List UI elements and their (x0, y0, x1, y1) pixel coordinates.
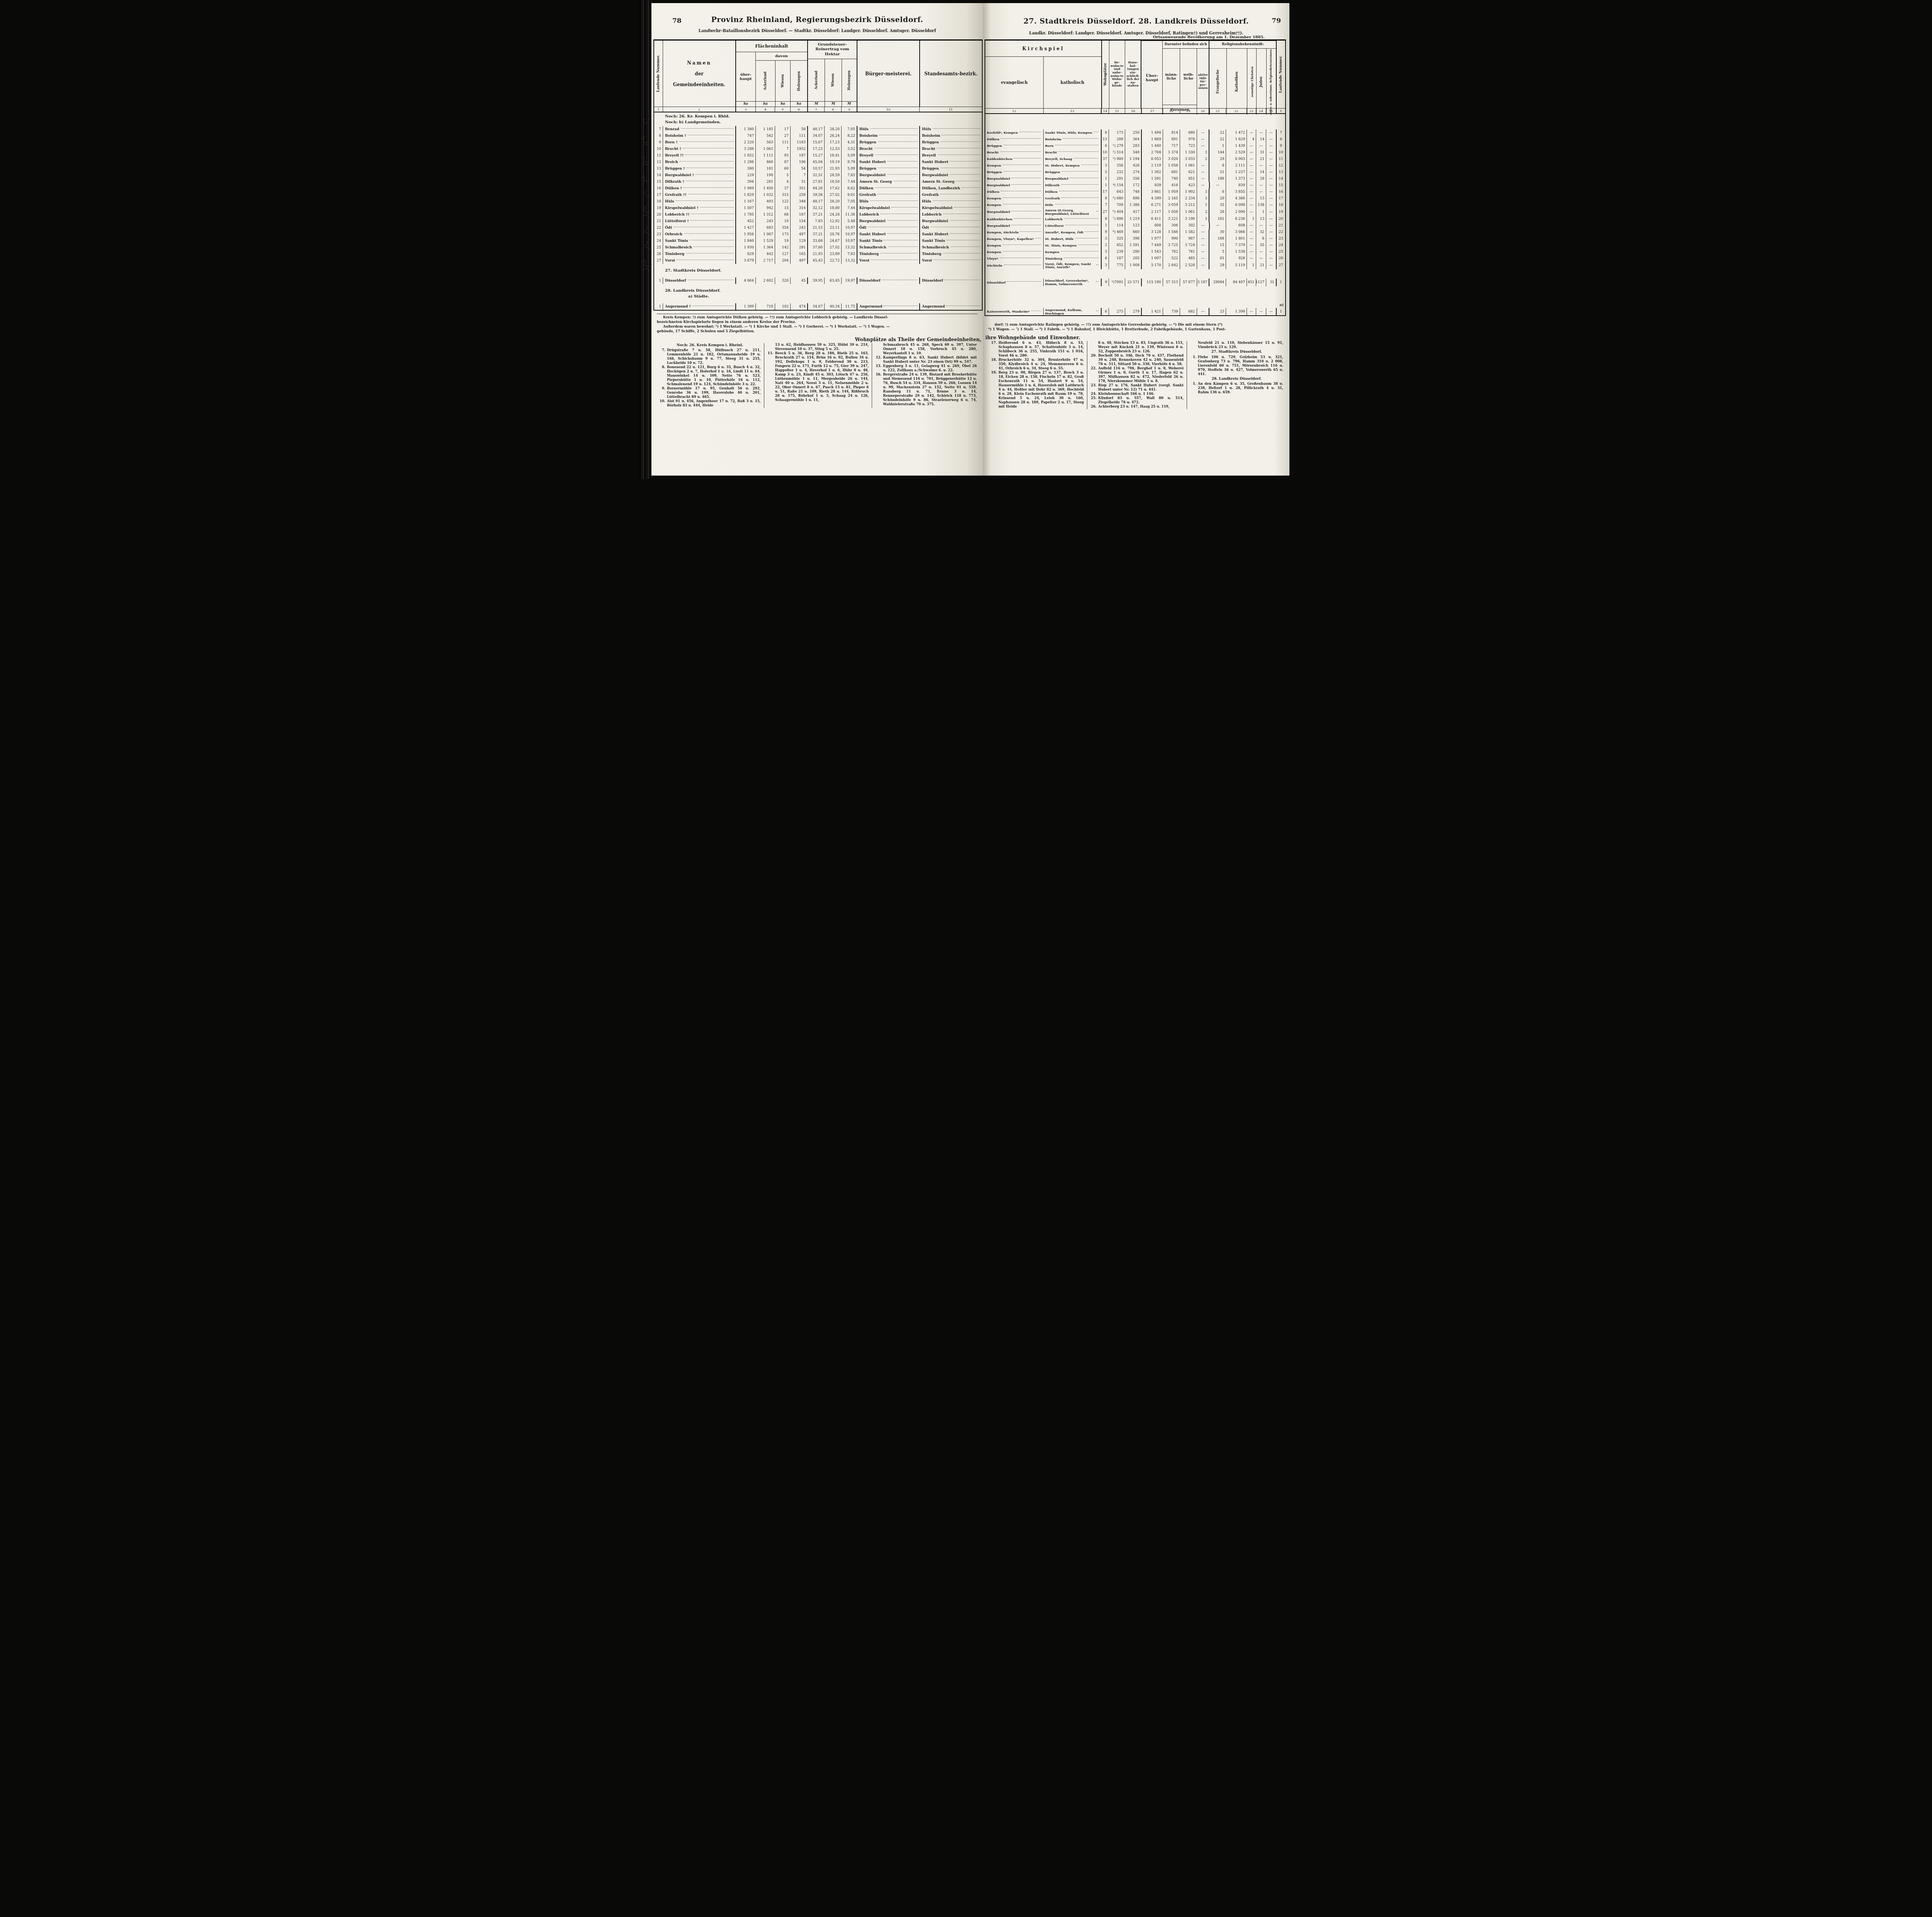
cell-value: 1 902 (1180, 189, 1197, 195)
cell-value: 24,28 (824, 211, 841, 218)
cell-laufende-nummer: 26 (654, 251, 663, 257)
group-flaecheninhalt: Flächeninhalt über-haupt ha davon Ackerl… (735, 41, 807, 107)
table-row: SüchtelnVorst, Ödt, Kempen, Sankt Tönis,… (985, 262, 1285, 270)
buergermeisterei-text: Hüls (859, 200, 869, 204)
gemeinde-name-text: Tönisberg (665, 252, 684, 256)
cell-value: — (1247, 156, 1256, 162)
cell-gemeinde-name: Dülken † (663, 185, 735, 192)
dot-leader (684, 187, 734, 188)
kirchspiel-ev-text: Burgwaldniel (987, 177, 1010, 180)
buergermeisterei-text: Boisheim (859, 134, 878, 138)
cell-value: 27,02 (824, 244, 841, 251)
place-list-entry: 23.Riep 27 u. 176, Sankt Hubert (vergl. … (1090, 384, 1184, 392)
cell-value: 31 (1266, 279, 1276, 286)
cell-value: 127 (775, 251, 790, 257)
cell-laufende-nummer: 24 (1276, 242, 1285, 249)
dot-leader (694, 246, 734, 247)
cell-value: 129 (790, 238, 807, 244)
table-row: 17Grefrath ††1 8291 03231525839,5627,029… (654, 192, 982, 198)
dot-leader (1003, 204, 1041, 204)
cell-value: — (1266, 223, 1276, 229)
cell-value: 45,04 (807, 159, 824, 165)
dot-leader (946, 306, 980, 306)
cell-value: 138 (1256, 202, 1266, 208)
dot-leader (1012, 211, 1041, 211)
cell-value: — (1247, 202, 1256, 208)
entry-text: 8 u. 48, Stöcken 13 u. 83, Ungrath 36 u.… (1098, 341, 1184, 354)
column-number: 6 (790, 107, 807, 112)
cell-laufende-nummer: 15 (654, 178, 663, 185)
table-section: 27. Stadtkreis Düsseldorf. (654, 264, 982, 277)
column-number: 13 (1043, 109, 1101, 113)
cell-value: 3 221 (1163, 216, 1180, 223)
cell-value: 1 (1247, 216, 1256, 223)
dot-leader (1036, 238, 1041, 238)
dot-leader (950, 174, 980, 175)
cell-value: — (1247, 182, 1256, 189)
cell-value: 2 117 (1141, 208, 1163, 216)
bottom-column: Noch: 26. Kreis Kempen i. Rheinl.7.Drügs… (656, 343, 764, 408)
standesamtsbezirk-text: Burgwaldniel (922, 173, 948, 177)
cell-standesamtsbezirk: Ödt (919, 224, 982, 231)
footnote-line: Kreis Kempen: †) zum Amtsgerichte Dülken… (657, 316, 978, 320)
dot-leader (940, 168, 980, 168)
cell-value: — (1256, 143, 1266, 149)
dot-leader (1012, 184, 1041, 185)
col-label: aktive Mili-tär-per-sonen (1197, 73, 1209, 90)
cell-buergermeisterei: Düsseldorf (857, 277, 919, 284)
cell-value: 6 053 (1141, 156, 1163, 162)
cell-value: 4 399 (1141, 195, 1163, 202)
bottom-heading: 28. Landkreis Düsseldorf. (1190, 377, 1283, 382)
cell-value: 87 (775, 159, 790, 165)
column-number: 12 (985, 109, 1043, 113)
cell-value: 1 543 (1141, 249, 1163, 255)
cell-kirchspiel-evangelisch: Dülken (985, 189, 1043, 195)
table-spacer (985, 269, 1285, 279)
column-number: 9 (841, 107, 857, 112)
gemeinde-name-text: Grefrath †† (665, 193, 687, 197)
cell-value: 3 (1101, 162, 1109, 169)
cell-value: ⁵) 680 (1109, 195, 1125, 202)
cell-value: 7 (775, 146, 790, 152)
cell-laufende-nummer: 1 (654, 277, 663, 284)
column-number: 10 (857, 107, 919, 112)
table-row: BrachtBracht10²) 5145482 7041 3741 33011… (985, 149, 1285, 156)
cell-laufende-nummer: 24 (654, 238, 663, 244)
place-list-entry: 18.Bruckerhöfe 32 u. 304, Brusterhöfe 47… (991, 358, 1084, 371)
table-row: 25Schmalbroich1 9301 36414228137,6027,02… (654, 244, 982, 251)
column-number: 20 (1197, 109, 1209, 113)
col-label: Bürger-meisterei. (865, 71, 912, 76)
cell-value: 57 877 (1180, 279, 1197, 286)
cell-value: — (1197, 136, 1209, 143)
cell-value: 3 187 (1197, 279, 1209, 286)
kirchspiel-kath-text: St. Hubert, Kempen (1045, 164, 1080, 167)
cell-value: 5,09 (841, 152, 857, 159)
col-katholiken: Katholiken (1226, 49, 1247, 115)
cell-value: 15 (775, 205, 790, 211)
col-label: Haus-hal-tungen ein-schließ-lich der An-… (1125, 60, 1141, 88)
cell-value: 851 (1180, 175, 1197, 182)
entry-text: Alst 91 u. 456, Angenthoer 17 u. 72, Baß… (667, 399, 761, 408)
cell-value: 364 (1125, 136, 1141, 143)
cell-value: — (1266, 169, 1276, 175)
right-column-numbers: 12131415161718192021222324251 (985, 109, 1285, 114)
cell-value: — (1247, 255, 1256, 262)
cell-value: 18,41 (824, 152, 841, 159)
page-title: Provinz Rheinland, Regierungsbezirk Düss… (651, 15, 983, 24)
cell-value: 196 (790, 159, 807, 165)
cell-value: 142 (775, 244, 790, 251)
entry-text: Riep 27 u. 176, Sankt Hubert (vergl. San… (1098, 384, 1184, 392)
buergermeisterei-text: Ödt (859, 226, 866, 230)
cell-value: 2 090 (1226, 208, 1247, 216)
entry-text: An den Kämpen 6 u. 35, Großenbaum 38 u. … (1198, 382, 1283, 395)
cell-value: 1 (1197, 202, 1209, 208)
table-spacer: a) (985, 286, 1285, 308)
cell-value: 1 167 (735, 198, 755, 205)
gemeinde-name-text: Kirspelwaldniel † (665, 206, 699, 210)
col-sonstige-christen: sonstige Christen (1247, 49, 1256, 115)
cell-value: 37 (1101, 156, 1109, 162)
cell-value: 2 220 (735, 139, 755, 146)
table-row: KempenKempen32392801 543762781—51 538———… (985, 249, 1285, 255)
cell-value: 58 (790, 126, 807, 133)
cell-value: 306 (1163, 223, 1180, 229)
cell-value: 762 (1163, 249, 1180, 255)
cell-kirchspiel-katholisch: Lüttelforst (1043, 223, 1101, 229)
cell-value: 31 (790, 178, 807, 185)
cell-value: 168 (1209, 236, 1226, 242)
cell-laufende-nummer: 20 (1276, 216, 1285, 223)
kirchspiel-kath-text: Burgwaldniel (1045, 177, 1068, 180)
cell-kirchspiel-evangelisch: Bracht (985, 149, 1043, 156)
dot-leader (687, 168, 734, 168)
cell-value: 66 (775, 211, 790, 218)
dot-leader (696, 174, 734, 175)
subsection-marker: a) (1279, 303, 1284, 307)
buergermeisterei-text: Kirspelwaldniel (859, 206, 890, 210)
cell-laufende-nummer: 14 (1276, 175, 1285, 182)
cell-value: 1 956 (735, 231, 755, 238)
cell-value: 1 373 (1226, 175, 1247, 182)
cell-value: 8,22 (841, 133, 857, 139)
gemeinde-name-text: Benrad (665, 127, 679, 131)
kirchspiel-ev-text: Kaiserswerth, Wanheim* (987, 310, 1030, 313)
cell-gemeinde-name: Benrad (663, 126, 735, 133)
unit-ha: ha (736, 101, 755, 107)
table-row: Kempen, Vluyn*, Kapellen*St. Hubert, Hül… (985, 236, 1285, 242)
cell-laufende-nummer: 21 (654, 218, 663, 224)
col-label: Gemeindeeinheiten. (673, 82, 725, 87)
column-number: 3 (735, 107, 755, 112)
cell-value: 1 185 (755, 126, 775, 133)
table-row: 23Orbroich1 9561 06717349737,2120,7610,9… (654, 231, 982, 238)
cell-buergermeisterei: Tönisberg (857, 251, 919, 257)
cell-value: 3 128 (1141, 229, 1163, 236)
dot-leader (1061, 251, 1099, 252)
cell-value: 57 313 (1163, 279, 1180, 286)
col-label: über-haupt (736, 52, 755, 101)
cell-value: 2 165 (1163, 195, 1180, 202)
cell-value: — (1266, 162, 1276, 169)
cell-value: 1 494 (1141, 129, 1163, 136)
cell-laufende-nummer: 11 (1276, 156, 1285, 162)
footnote-line: gebäude, 17 Schiffe, 2 Schulen und 5 Zie… (657, 330, 978, 334)
cell-value: 1 061 (1180, 162, 1197, 169)
cell-value: 10,97 (841, 238, 857, 244)
right-page-header: 79 27. Stadtkreis Düsseldorf. 28. Landkr… (983, 3, 1289, 39)
cell-value: 29084 (1209, 279, 1226, 286)
cell-gemeinde-name: Lüttelforst † (663, 218, 735, 224)
cell-value: 2 (1197, 156, 1209, 162)
cell-gemeinde-name: Burgwaldniel † (663, 172, 735, 178)
cell-buergermeisterei: Ödt (857, 224, 919, 231)
dot-leader (893, 181, 918, 181)
cell-value: 1 067 (755, 231, 775, 238)
table-row: 24Sankt Tönis1 8401 5291912933,6824,6710… (654, 238, 982, 244)
cell-value: 63,45 (824, 277, 841, 284)
cell-value: — (1256, 189, 1266, 195)
cell-standesamtsbezirk: Breyell (919, 152, 982, 159)
col-laufende-nummer: Laufende Nummer. (654, 41, 663, 107)
buergermeisterei-text: Hüls (859, 127, 869, 131)
cell-value: — (1266, 262, 1276, 270)
dot-leader (1073, 158, 1099, 158)
cell-value: 747 (735, 133, 755, 139)
column-number: 1 (654, 107, 663, 112)
buergermeisterei-text: Burgwaldniel (859, 173, 886, 177)
cell-kirchspiel-katholisch: Hüls (1043, 202, 1101, 208)
cell-value: 9,79 (841, 159, 857, 165)
cell-value: 7 449 (1141, 242, 1163, 249)
buergermeisterei-text: Sankt Hubert (859, 160, 886, 164)
table-row: 14Burgwaldniel †2291905732,5128,597,83Bu… (654, 172, 982, 178)
table-row: BurgwaldnielBurgwaldniel12913561 5917408… (985, 175, 1285, 182)
dot-leader (690, 220, 734, 221)
cell-value: 314 (790, 205, 807, 211)
dot-leader (688, 194, 734, 194)
cell-value: 2 529 (1226, 149, 1247, 156)
dot-leader (1064, 258, 1099, 258)
table-row: 8Boisheim †7475422711134,0726,248,22Bois… (654, 133, 982, 139)
bottom-column: Schmaxbruch 45 u. 268, Speck 69 u. 397, … (872, 343, 980, 408)
cell-gemeinde-name: Ödt (663, 224, 735, 231)
bottom-column: Neufeld 21 u. 110, Siebenhäuser 15 u. 91… (1187, 341, 1286, 409)
standesamtsbezirk-text: Lobberich (922, 213, 942, 217)
kirchspiel-kath-text: Angermund, Kalkum, Huckingen (1045, 308, 1095, 315)
cell-value: 15,67 (807, 139, 824, 146)
dot-leader (1014, 218, 1041, 219)
kirchspiel-ev-text: Krefeld*, Kempen (987, 131, 1018, 134)
place-list-entry: 16.Bergerstraße 24 u. 139, Bistard mit B… (875, 373, 977, 407)
cell-standesamtsbezirk: Hüls (919, 126, 982, 133)
table-row: 21Lüttelforst †452243101547,8312,925,48B… (654, 218, 982, 224)
cell-value: — (1266, 136, 1276, 143)
cell-value: 1 582 (1180, 229, 1197, 236)
buergermeisterei-text: Brüggen (859, 167, 876, 171)
column-number: 19 (1180, 109, 1197, 113)
dot-leader (700, 207, 734, 207)
cell-value: 10 (775, 218, 790, 224)
entry-text: Flehe 106 u. 729, Golzheim 53 u. 321, Gr… (1198, 355, 1283, 377)
cell-gemeinde-name: Düsseldorf (663, 277, 735, 284)
cell-value: 2 (1101, 242, 1109, 249)
dot-leader (679, 141, 734, 142)
entry-text: Bonesend 22 u. 121, Burg 6 u. 35, Busch … (667, 365, 761, 387)
cell-value: 3 190 (1180, 216, 1197, 223)
group-title: Religionsbekenntniß: (1209, 41, 1276, 49)
entry-text: Neufeld 21 u. 110, Siebenhäuser 15 u. 91… (1198, 341, 1283, 350)
cell-value: — (1197, 262, 1209, 270)
kirchspiel-kath-text: Grefrath (1045, 197, 1060, 200)
cell-value: — (1197, 169, 1209, 175)
kirchspiel-kath-text: Düsseldorf, Gerresheim*, Hamm, Volmerswe… (1045, 279, 1095, 286)
buergermeisterei-text: Sankt Tönis (859, 239, 882, 243)
cell-value: 29 (1209, 262, 1226, 270)
cell-laufende-nummer: 16 (1276, 189, 1285, 195)
cell-value: — (1266, 175, 1276, 182)
col-label: Wiesen (831, 73, 835, 87)
cell-laufende-nummer: 22 (654, 224, 663, 231)
cell-value: 9 (1101, 279, 1109, 286)
buergermeisterei-text: Amern St. Georg (859, 180, 892, 184)
cell-value: 1 529 (755, 238, 775, 244)
cell-value: 1 (1197, 195, 1209, 202)
cell-value: 10,57 (807, 165, 824, 172)
buergermeisterei-text: Burgwaldniel (859, 219, 886, 223)
dot-leader (943, 253, 980, 253)
cell-value: 35 (1209, 202, 1226, 208)
standesamtsbezirk-text: Vorst (922, 259, 932, 263)
dot-leader (881, 214, 918, 214)
gemeinde-name-text: Angermund † (665, 305, 691, 309)
cell-value: 18,80 (824, 205, 841, 211)
gemeinde-name-text: Burgwaldniel † (665, 173, 694, 177)
cell-laufende-nummer: 19 (654, 205, 663, 211)
dot-leader (956, 181, 980, 181)
dot-leader (688, 280, 734, 280)
dot-leader (878, 141, 918, 142)
cell-value: 19,97 (841, 277, 857, 284)
unit-mark: M (842, 101, 857, 107)
cell-standesamtsbezirk: Amern St. Georg (919, 178, 982, 185)
cell-value: 55 (1256, 242, 1266, 249)
cell-value: 1 (1101, 223, 1109, 229)
col-maennliche: männ-liche (1163, 49, 1180, 105)
cell-kirchspiel-katholisch: St. Hubert, Kempen (1043, 162, 1101, 169)
kirchspiel-kath-text: Breyell, Schaag (1045, 157, 1072, 161)
dot-leader (933, 128, 980, 129)
cell-kirchspiel-evangelisch: Vluyn* (985, 255, 1043, 262)
standesamtsbezirk-text: Burgwaldniel (922, 219, 948, 223)
cell-value: 9 (1101, 229, 1109, 236)
table-row: 20Lobberich ††1 7851 3126618737,2124,281… (654, 211, 982, 218)
cell-kirchspiel-katholisch: Brüggen (1043, 169, 1101, 175)
kirchspiel-ev-text: Kempen (987, 244, 1001, 247)
cell-value: 7,05 (841, 198, 857, 205)
col-label: der (695, 71, 703, 76)
cell-value: — (1247, 242, 1256, 249)
col-label: Laufende Nummer. (1279, 56, 1283, 93)
cell-value: — (1266, 202, 1276, 208)
gemeinde-name-text: Breyell †† (665, 154, 684, 158)
dot-leader (891, 207, 918, 207)
cell-value: 29 (1256, 175, 1266, 182)
cell-value: 990 (1163, 236, 1180, 242)
cell-value: 29 (1209, 156, 1226, 162)
cell-standesamtsbezirk: Vorst (919, 257, 982, 264)
cell-value: 1 399 (735, 303, 755, 310)
cell-value: 5 (775, 172, 790, 178)
cell-standesamtsbezirk: Brüggen (919, 165, 982, 172)
cell-value: 31 (1256, 149, 1266, 156)
table-row: BrüggenBorn6¹) 2792831 440717723—11 439—… (985, 143, 1285, 149)
dot-leader (1001, 191, 1041, 191)
cell-gemeinde-name: Orbroich (663, 231, 735, 238)
cell-value: 926 (1226, 255, 1247, 262)
cell-value: — (1247, 208, 1256, 216)
entry-number: 8. (659, 365, 667, 387)
col-evangelisch: evangelisch (985, 57, 1043, 108)
cell-buergermeisterei: Hüls (857, 198, 919, 205)
cell-kirchspiel-evangelisch: Kempen (985, 195, 1043, 202)
kirchspiel-kath-text: Kempen (1045, 250, 1060, 254)
cell-kirchspiel-evangelisch: Süchteln (985, 262, 1043, 270)
cell-value: 348 (790, 198, 807, 205)
cell-value: 37,21 (807, 231, 824, 238)
standesamtsbezirk-text: Bracht (922, 147, 935, 151)
cell-buergermeisterei: Breyell (857, 152, 919, 159)
standesamtsbezirk-text: Düsseldorf (922, 279, 943, 283)
cell-value: 8 (1209, 162, 1226, 169)
cell-kirchspiel-evangelisch: Düsseldorf (985, 279, 1043, 286)
bottom-column: 17.Heißerend 6 u. 43, Hübeck 8 u. 53, Sc… (988, 341, 1087, 409)
cell-value: 18,50 (824, 178, 841, 185)
section-line: Noch: b) Landgemeinden. (665, 119, 982, 125)
unit-ha: ha (776, 101, 791, 107)
gemeinde-name-text: Vorst (665, 259, 675, 263)
cell-value: 144 (1209, 149, 1226, 156)
column-number: 22 (1226, 109, 1247, 113)
cell-kirchspiel-katholisch: Bracht (1043, 149, 1101, 156)
cell-value: — (1247, 308, 1256, 316)
standesamtsbezirk-text: Sankt Tönis (922, 239, 945, 243)
cell-kirchspiel-evangelisch: Brüggen (985, 169, 1043, 175)
entry-number: 24. (1090, 392, 1098, 396)
cell-value: 274 (1125, 169, 1141, 175)
cell-value: 3,52 (841, 146, 857, 152)
col-label: Evangelische (1216, 70, 1220, 93)
col-andere-religion: ander. u. unbestimmt. Religionsbekenntni… (1266, 49, 1276, 115)
dot-leader (870, 128, 918, 129)
table-row: DüsseldorfDüsseldorf, Gerresheim*, Hamm,… (985, 279, 1285, 286)
cell-value: — (1197, 223, 1209, 229)
gemeinde-name-text: Lobberich †† (665, 213, 689, 217)
cell-value: — (1256, 182, 1266, 189)
kirchspiel-ev-text: Kempen, Vluyn*, Kapellen* (987, 237, 1034, 241)
entry-number: 7. (659, 348, 667, 365)
cell-kirchspiel-evangelisch: Burgwaldniel (985, 182, 1043, 189)
entry-number: 17. (991, 341, 998, 358)
col-label: weib-liche (1180, 73, 1197, 81)
cell-value: 187 (1109, 255, 1125, 262)
table-row: BurgwaldnielDilkrath1⁴) 154172839416423—… (985, 182, 1285, 189)
cell-value: 3 212 (1180, 202, 1197, 208)
cell-value: 1 472 (1226, 129, 1247, 136)
cell-buergermeisterei: Boisheim (857, 133, 919, 139)
